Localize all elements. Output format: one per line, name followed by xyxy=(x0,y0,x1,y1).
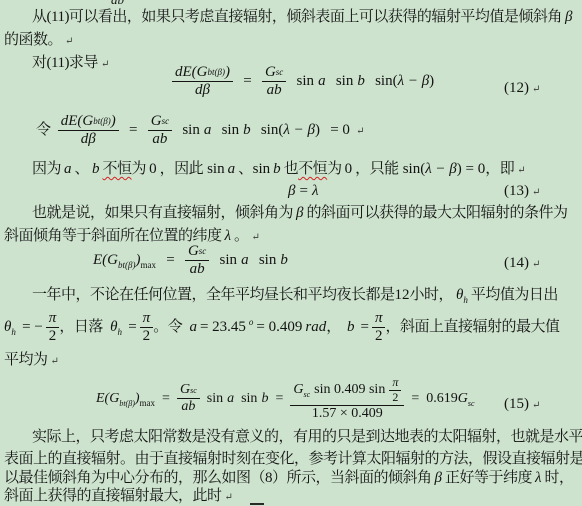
math-text: G xyxy=(458,391,468,406)
math-term: sina xyxy=(220,252,249,268)
subscript: max xyxy=(140,260,156,270)
paragraph-mark-icon: ↵ xyxy=(532,187,540,198)
body-text: 斜面倾角等于斜面所在位置的纬度 xyxy=(4,228,222,244)
body-text: 小时， xyxy=(410,287,454,303)
math-text: ) xyxy=(225,64,230,81)
math-text: b xyxy=(92,161,100,177)
paragraph1-line1[interactable]: 从(11)可以看出，如果只考虑直接辐射，倾斜表面上可以获得的辐射平均值是倾斜角β xyxy=(32,8,575,27)
body-text: 为 xyxy=(327,161,342,177)
body-text: ， xyxy=(326,319,341,335)
equals-sign: = xyxy=(128,319,136,335)
math-text: b xyxy=(280,252,288,268)
because-line[interactable]: 因为a、b不恒为0，因此sina、sinb也不恒为0，只能sin(λ − β) … xyxy=(32,160,526,180)
math-text: ab xyxy=(178,399,198,415)
math-text: G xyxy=(293,382,303,397)
math-text: a xyxy=(189,319,197,335)
math-text: G xyxy=(180,382,190,398)
var-lambda: λ xyxy=(535,470,542,486)
paragraph3-line1[interactable]: 也就是说，如果只有直接辐射，倾斜角为β的斜面可以获得的最大太阳辐射的条件为 xyxy=(32,204,568,223)
paragraph-mark-icon: ↵ xyxy=(51,356,59,367)
math-text: dβ xyxy=(192,82,213,99)
paragraph-mark-icon: ↵ xyxy=(532,400,540,411)
math-text: G xyxy=(151,113,162,130)
math-text: sin xyxy=(207,161,225,177)
math-text: sin xyxy=(220,252,238,268)
equation-15-number: (15)↵ xyxy=(504,395,540,415)
math-text: ) = 0 xyxy=(457,161,485,177)
equals-sign: = xyxy=(411,391,419,406)
math-text: 2 xyxy=(46,328,60,345)
body-text: 也 xyxy=(284,161,299,177)
paragraph5-line4[interactable]: 斜面上获得的直接辐射最大，此时↵ xyxy=(4,487,233,506)
math-text: sin 0.409 sin xyxy=(314,382,385,398)
math-text: dE(G xyxy=(175,64,208,81)
fraction: π2 xyxy=(389,376,401,405)
math-text: π xyxy=(389,376,401,391)
math-text: = 0 xyxy=(330,122,350,138)
math-text: sin xyxy=(297,73,315,89)
math-text: E(G xyxy=(96,391,119,406)
body-text: 对(11)求导 xyxy=(32,55,98,71)
paragraph-mark-icon: ↵ xyxy=(65,36,73,47)
math-text: dβ xyxy=(78,131,99,148)
misspelled-text: 不恒 xyxy=(298,161,327,177)
equals-sign: = xyxy=(299,183,307,199)
body-text: 、 xyxy=(75,161,90,177)
equation-12[interactable]: dE(Gbt(β)) dβ = Gsc ab sina sinb sin(λ −… xyxy=(172,64,434,100)
equals-sign: = xyxy=(129,122,137,138)
fraction: π2 xyxy=(46,310,60,346)
math-text: sin xyxy=(222,122,240,138)
math-text: b xyxy=(243,122,251,138)
body-text: 。 xyxy=(234,228,249,244)
math-term: sinb xyxy=(241,391,268,406)
math-text: rad xyxy=(305,319,326,335)
cutoff-next-formula-fragment xyxy=(250,503,264,505)
math-text: sin( xyxy=(403,161,426,177)
body-text: 从(11)可以看出，如果只考虑直接辐射，倾斜表面上可以获得的辐射平均值是倾斜角 xyxy=(32,9,562,25)
equals-sign: = xyxy=(166,252,174,268)
math-term: 0.619Gsc xyxy=(426,391,474,406)
body-text: 平均值为日出 xyxy=(471,287,558,303)
subscript: bt(β) xyxy=(93,116,110,126)
math-text: b xyxy=(261,391,268,406)
math-text: sin xyxy=(336,73,354,89)
equals-sign: = xyxy=(162,391,170,406)
equation-number: (14) xyxy=(504,255,529,271)
paragraph-mark-icon: ↵ xyxy=(252,232,260,243)
math-text: G xyxy=(188,243,199,260)
math-text: = − xyxy=(22,319,43,335)
body-text: ，日落 xyxy=(59,319,103,335)
math-term: E(Gbt(β))max xyxy=(96,391,155,406)
paragraph5-line3[interactable]: 以最佳倾斜角为中心分布的，那么如图（8）所示，当斜面的倾斜角β正好等于纬度λ时， xyxy=(4,469,574,488)
math-text: ab xyxy=(187,261,208,278)
body-text: 令 xyxy=(36,122,51,138)
math-text: E(G xyxy=(93,252,118,268)
math-text: sin xyxy=(241,391,257,406)
fraction: dE(Gbt(β)) dβ xyxy=(58,113,119,149)
math-text: b xyxy=(357,73,365,89)
var-theta-h: θh xyxy=(456,287,468,303)
document-page[interactable]: ab 从(11)可以看出，如果只考虑直接辐射，倾斜表面上可以获得的辐射平均值是倾… xyxy=(0,0,582,506)
var-lambda: λ xyxy=(225,228,232,244)
fraction: Gsc ab xyxy=(185,243,209,279)
equation-number: (13) xyxy=(504,183,529,199)
equation-13-number: (13)↵ xyxy=(504,182,540,202)
equation-12-number: (12)↵ xyxy=(504,79,540,99)
paragraph5-line2[interactable]: 表面上的直接辐射。由于直接辐射时刻在变化，参考计算太阳辐射的方法，假设直接辐射是 xyxy=(4,450,582,469)
fraction: dE(Gbt(β)) dβ xyxy=(172,64,233,100)
math-text: π xyxy=(46,310,60,328)
math-text: π xyxy=(372,310,386,328)
misspelled-text: 不恒 xyxy=(103,161,132,177)
subscript: max xyxy=(140,398,156,408)
math-text: b xyxy=(347,319,355,335)
body-text: 也就是说，如果只有直接辐射，倾斜角为 xyxy=(32,205,293,221)
paragraph1-line2[interactable]: 的函数。↵ xyxy=(4,31,73,51)
math-text: π xyxy=(140,310,154,328)
math-term: sina xyxy=(297,73,326,89)
math-text: sin xyxy=(253,161,271,177)
math-text: a xyxy=(204,122,212,138)
math-text: ) xyxy=(111,113,116,130)
math-text: λ xyxy=(312,183,319,199)
body-text: 的函数。 xyxy=(4,32,62,48)
equation-ling-line[interactable]: 令 dE(Gbt(β)) dβ = Gsc ab sina sinb sin(λ… xyxy=(36,113,365,149)
var-beta: β xyxy=(296,205,303,221)
equation-14[interactable]: E(Gbt(β))max = Gsc ab sina sinb xyxy=(93,243,288,279)
math-text: sin xyxy=(207,391,223,406)
math-text: λ − β xyxy=(398,73,430,89)
var-theta-h: θh xyxy=(4,319,16,335)
math-text: ab xyxy=(149,131,170,148)
equals-sign: = xyxy=(275,391,283,406)
math-text: a xyxy=(64,161,72,177)
body-text: 。令 xyxy=(153,319,182,335)
body-text: ，因此 xyxy=(160,161,204,177)
math-text: a xyxy=(228,161,236,177)
cutoff-formula-fragment: ab xyxy=(111,0,124,8)
paragraph4-line2[interactable]: θh = −π2，日落 θh =π2。令 a= 23.45o= 0.409rad… xyxy=(4,310,560,346)
fraction: Gsc ab xyxy=(177,382,200,415)
equation-15[interactable]: E(Gbt(β))max = Gsc ab sina sinb = Gsc si… xyxy=(96,376,475,422)
equation-14-number: (14)↵ xyxy=(504,254,540,274)
fraction: Gsc ab xyxy=(262,64,286,100)
subscript: bt(β) xyxy=(208,67,225,77)
subscript: bt(β) xyxy=(119,399,135,408)
math-text: 1.57 × 0.409 xyxy=(309,406,386,422)
subscript: h xyxy=(463,295,468,305)
math-text: a xyxy=(227,391,234,406)
var-beta: β xyxy=(435,470,442,486)
paragraph-mark-icon: ↵ xyxy=(225,492,233,503)
var-beta: β xyxy=(565,9,572,25)
equation-13[interactable]: β=λ xyxy=(288,182,318,201)
degree-superscript: o xyxy=(249,317,254,327)
math-text: G xyxy=(265,64,276,81)
subscript: sc xyxy=(162,116,170,126)
body-text: 的斜面可以获得的最大太阳辐射的条件为 xyxy=(307,205,568,221)
math-text: dE(G xyxy=(61,113,94,130)
big-fraction: Gsc sin 0.409 sin π2 1.57 × 0.409 xyxy=(290,376,404,422)
subscript: bt(β) xyxy=(118,260,135,270)
body-text: 为 xyxy=(132,161,147,177)
math-text: = 0.409 xyxy=(256,319,302,335)
math-text: 0 xyxy=(149,161,157,177)
paragraph-mark-icon: ↵ xyxy=(532,84,540,95)
equation-number: (15) xyxy=(504,396,529,412)
equals-sign: = xyxy=(361,319,369,335)
equals-sign: = xyxy=(243,73,251,89)
math-term: E(Gbt(β))max xyxy=(93,252,156,268)
math-text: 2 xyxy=(389,391,401,405)
math-text: 2 xyxy=(140,328,154,345)
math-term: sinb xyxy=(336,73,365,89)
subscript: sc xyxy=(276,67,284,77)
math-text: 0 xyxy=(345,161,353,177)
math-text: β xyxy=(288,183,295,199)
fraction: π2 xyxy=(140,310,154,346)
math-text: = 23.45 xyxy=(200,319,246,335)
math-term: sina xyxy=(207,391,234,406)
math-text: sin( xyxy=(261,122,284,138)
math-text: λ − β xyxy=(283,122,315,138)
paragraph4-line3[interactable]: 平均为↵ xyxy=(4,351,59,371)
body-text: 正好等于纬度 xyxy=(445,470,532,486)
number-text: 12 xyxy=(395,287,410,303)
subscript: sc xyxy=(199,246,207,256)
body-text: 平均为 xyxy=(4,352,48,368)
equation-number: (12) xyxy=(504,80,529,96)
math-term: sin(λ − β) xyxy=(261,122,320,138)
subscript: sc xyxy=(468,399,475,408)
body-text: 表面上的直接辐射。由于直接辐射时刻在变化，参考计算太阳辐射的方法，假设直接辐射是 xyxy=(4,451,582,467)
math-text: ) xyxy=(315,122,320,138)
fraction: Gsc ab xyxy=(148,113,172,149)
subscript: sc xyxy=(190,386,197,395)
math-term: Gsc xyxy=(293,382,310,399)
subscript: h xyxy=(11,327,16,337)
paragraph-mark-icon: ↵ xyxy=(517,165,525,176)
math-text: a xyxy=(318,73,326,89)
body-text: 时， xyxy=(545,470,574,486)
paragraph4-line1[interactable]: 一年中，不论在任何位置，全年平均昼长和平均夜长都是12小时，θh平均值为日出 xyxy=(32,286,558,310)
math-term: sina xyxy=(182,122,211,138)
math-text: ab xyxy=(264,82,285,99)
math-text: sin( xyxy=(375,73,398,89)
math-text: b xyxy=(273,161,281,177)
subscript: h xyxy=(117,327,122,337)
paragraph-mark-icon: ↵ xyxy=(101,59,109,70)
body-text: 实际上，只考虑太阳常数是没有意义的，有用的只是到达地表的太阳辐射，也就是水平 xyxy=(32,429,582,445)
paragraph5-line1[interactable]: 实际上，只考虑太阳常数是没有意义的，有用的只是到达地表的太阳辐射，也就是水平 xyxy=(32,428,582,447)
math-term: sinb xyxy=(259,252,288,268)
subscript: sc xyxy=(303,390,310,399)
math-text: sin xyxy=(182,122,200,138)
paragraph-mark-icon: ↵ xyxy=(356,126,364,137)
math-text: 2 xyxy=(372,328,386,345)
math-text: 0.619 xyxy=(426,391,458,406)
fraction: π2 xyxy=(372,310,386,346)
body-text: ，只能 xyxy=(355,161,399,177)
paragraph-mark-icon: ↵ xyxy=(532,259,540,270)
math-term: sin(λ − β) xyxy=(375,73,434,89)
math-text: a xyxy=(241,252,249,268)
body-text: 斜面上获得的直接辐射最大，此时 xyxy=(4,488,222,504)
body-text: ，即 xyxy=(485,161,514,177)
body-text: 因为 xyxy=(32,161,61,177)
math-term: sinb xyxy=(222,122,251,138)
math-text: λ − β xyxy=(425,161,457,177)
body-text: 以最佳倾斜角为中心分布的，那么如图（8）所示，当斜面的倾斜角 xyxy=(4,470,432,486)
var-theta-h: θh xyxy=(110,319,122,335)
body-text: ，斜面上直接辐射的最大值 xyxy=(385,319,559,335)
body-text: 、 xyxy=(238,161,253,177)
paragraph1-line3[interactable]: 对(11)求导↵ xyxy=(32,54,109,74)
math-text: ) xyxy=(429,73,434,89)
math-text: sin xyxy=(259,252,277,268)
body-text: 一年中，不论在任何位置，全年平均昼长和平均夜长都是 xyxy=(32,287,395,303)
